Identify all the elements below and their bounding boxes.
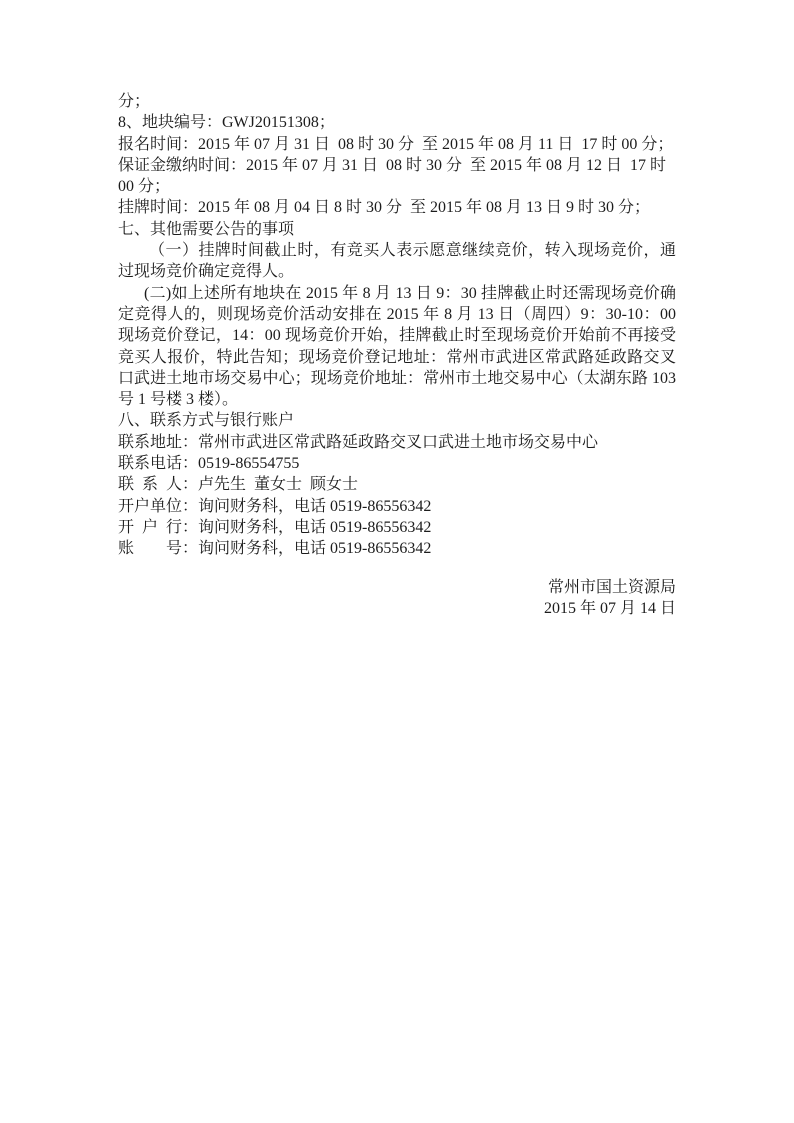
section-seven-heading: 七、其他需要公告的事项 xyxy=(118,219,676,240)
parcel-number-line: 8、地块编号：GWJ20151308； xyxy=(118,112,676,133)
issue-date: 2015 年 07 月 14 日 xyxy=(118,598,676,619)
document-body: 分； 8、地块编号：GWJ20151308； 报名时间：2015 年 07 月 … xyxy=(118,91,676,619)
contact-address-line: 联系地址：常州市武进区常武路延政路交叉口武进土地市场交易中心 xyxy=(118,432,676,453)
continuation-line: 分； xyxy=(118,91,676,112)
contact-phone-line: 联系电话：0519-86554755 xyxy=(118,453,676,474)
document-page: 分； 8、地块编号：GWJ20151308； 报名时间：2015 年 07 月 … xyxy=(0,0,794,1123)
contact-person-line: 联 系 人：卢先生 董女士 顾女士 xyxy=(118,474,676,495)
listing-time-line: 挂牌时间：2015 年 08 月 04 日 8 时 30 分 至 2015 年 … xyxy=(118,197,676,218)
item-two-paragraph: (二)如上述所有地块在 2015 年 8 月 13 日 9：30 挂牌截止时还需… xyxy=(118,283,676,411)
account-number-line: 账 号：询问财务科，电话 0519-86556342 xyxy=(118,538,676,559)
section-eight-heading: 八、联系方式与银行账户 xyxy=(118,410,676,431)
bank-line: 开 户 行：询问财务科，电话 0519-86556342 xyxy=(118,517,676,538)
issuer-organization: 常州市国土资源局 xyxy=(118,577,676,598)
deposit-time-line: 保证金缴纳时间：2015 年 07 月 31 日 08 时 30 分 至 201… xyxy=(118,155,676,198)
registration-time-line: 报名时间：2015 年 07 月 31 日 08 时 30 分 至 2015 年… xyxy=(118,134,676,155)
item-one-paragraph: （一）挂牌时间截止时，有竞买人表示愿意继续竞价，转入现场竞价，通过现场竞价确定竞… xyxy=(118,240,676,283)
signature-block: 常州市国土资源局 2015 年 07 月 14 日 xyxy=(118,577,676,620)
account-unit-line: 开户单位：询问财务科，电话 0519-86556342 xyxy=(118,496,676,517)
